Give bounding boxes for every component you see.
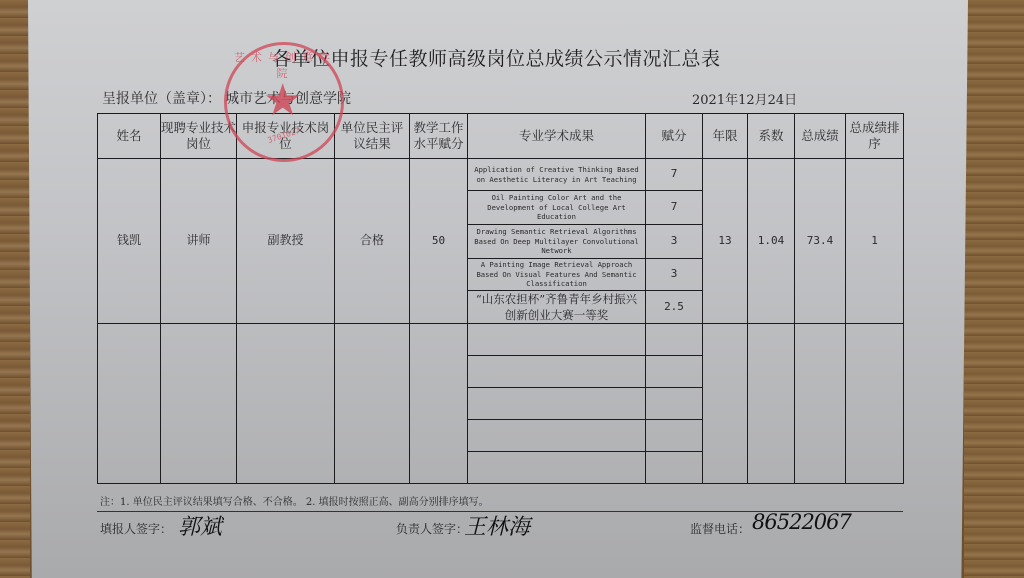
empty-cell — [748, 324, 795, 484]
cell-teaching-score: 50 — [410, 159, 468, 324]
cell-achievement-score: 3 — [646, 225, 703, 259]
cell-achievement: A Painting Image Retrieval Approach Base… — [468, 259, 646, 291]
empty-cell — [161, 324, 237, 484]
responsible-label: 负责人签字： — [396, 520, 468, 537]
column-header: 年限 — [703, 114, 748, 159]
column-header: 赋分 — [646, 114, 703, 159]
unit-label: 呈报单位（盖章）： — [102, 91, 221, 107]
filler-signature: 郭斌 — [178, 510, 222, 541]
empty-achievement-cell — [468, 452, 646, 484]
empty-achievement-cell — [468, 388, 646, 420]
empty-achievement-cell — [468, 324, 646, 356]
cell-achievement-score: 7 — [646, 191, 703, 225]
empty-score-cell — [646, 420, 703, 452]
empty-score-cell — [646, 324, 703, 356]
supervision-label: 监督电话： — [690, 520, 750, 537]
column-header: 教学工作水平赋分 — [410, 114, 468, 159]
document-date: 2021年12月24日 — [692, 89, 797, 108]
cell-achievement-score: 2.5 — [646, 291, 703, 324]
column-header: 现聘专业技术岗位 — [161, 114, 237, 159]
cell-years: 13 — [703, 159, 748, 324]
cell-total-score: 73.4 — [795, 159, 846, 324]
empty-cell — [703, 324, 748, 484]
cell-rank: 1 — [846, 159, 904, 324]
table-header-row: 姓名现聘专业技术岗位申报专业技术岗位单位民主评议结果教学工作水平赋分专业学术成果… — [98, 114, 904, 159]
desk-surface-right — [964, 0, 1024, 578]
cell-achievement-score: 7 — [646, 159, 703, 191]
empty-achievement-cell — [468, 420, 646, 452]
cell-evaluation: 合格 — [335, 159, 410, 324]
summary-table: 姓名现聘专业技术岗位申报专业技术岗位单位民主评议结果教学工作水平赋分专业学术成果… — [97, 113, 904, 484]
empty-score-cell — [646, 452, 703, 484]
empty-achievement-cell — [468, 356, 646, 388]
cell-applied-position: 副教授 — [237, 159, 335, 324]
column-header: 总成绩排序 — [846, 114, 904, 159]
document-title: 各单位申报专任教师高级岗位总成绩公示情况汇总表 — [272, 44, 721, 71]
supervision-phone: 86522067 — [752, 510, 851, 534]
empty-row — [98, 324, 904, 356]
column-header: 单位民主评议结果 — [335, 114, 410, 159]
empty-score-cell — [646, 388, 703, 420]
official-seal: 艺术与创意学院 ★ 3701027 — [224, 42, 344, 162]
empty-cell — [795, 324, 846, 484]
empty-score-cell — [646, 356, 703, 388]
responsible-signature: 王林海 — [464, 510, 530, 541]
empty-cell — [237, 324, 335, 484]
cell-achievement: Application of Creative Thinking Based o… — [468, 159, 646, 191]
column-header: 姓名 — [98, 114, 161, 159]
empty-cell — [846, 324, 904, 484]
cell-achievement: Oil Painting Color Art and the Developme… — [468, 191, 646, 225]
column-header: 系数 — [748, 114, 795, 159]
cell-coefficient: 1.04 — [748, 159, 795, 324]
footnote: 注：1. 单位民主评议结果填写合格、不合格。 2. 填报时按照正高、副高分别排序… — [100, 493, 489, 508]
cell-name: 钱凯 — [98, 159, 161, 324]
cell-achievement: “山东农担杯”齐鲁青年乡村振兴创新创业大赛一等奖 — [468, 291, 646, 324]
desk-surface-left — [0, 0, 30, 578]
empty-cell — [98, 324, 161, 484]
empty-cell — [410, 324, 468, 484]
cell-achievement: Drawing Semantic Retrieval Algorithms Ba… — [468, 225, 646, 259]
star-icon: ★ — [263, 79, 302, 123]
filler-label: 填报人签字： — [100, 520, 172, 537]
seal-number: 3701027 — [266, 126, 301, 145]
column-header: 总成绩 — [795, 114, 846, 159]
table-row: 钱凯讲师副教授合格50Application of Creative Think… — [98, 159, 904, 191]
cell-achievement-score: 3 — [646, 259, 703, 291]
empty-cell — [335, 324, 410, 484]
cell-current-position: 讲师 — [161, 159, 237, 324]
column-header: 专业学术成果 — [468, 114, 646, 159]
